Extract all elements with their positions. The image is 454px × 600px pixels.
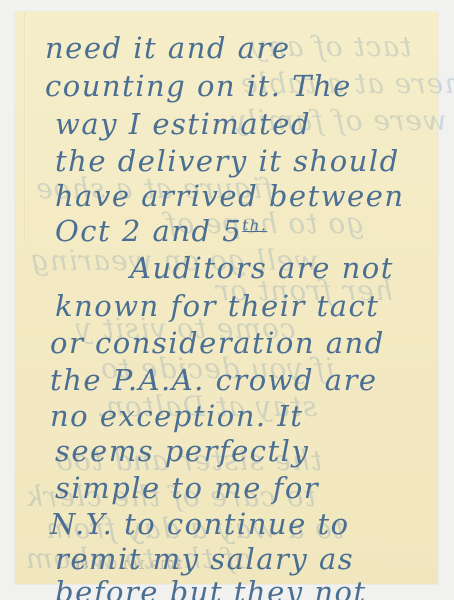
- text-line: or consideration and: [50, 329, 385, 358]
- text-line: way I estimated: [55, 110, 311, 139]
- text-line: simple to me for: [55, 474, 319, 503]
- letter-page: tact of any there at a table were of fam…: [15, 12, 438, 584]
- text-line: before but they not: [55, 578, 367, 600]
- text-line: the delivery it should: [55, 147, 400, 176]
- accession-number: 2019.161.0.118b: [72, 558, 183, 572]
- text-line: N.Y. to continue to: [50, 510, 350, 539]
- date-text: Oct 2 and 5: [55, 214, 242, 248]
- text-line: Auditors are not: [130, 254, 394, 283]
- text-line: counting on it. The: [45, 72, 352, 101]
- text-line: need it and are: [45, 34, 291, 63]
- text-line: no exception. It: [50, 402, 303, 431]
- handwritten-text: need it and are counting on it. The way …: [15, 12, 438, 584]
- text-line: have arrived between: [55, 182, 405, 211]
- ordinal-suffix: th.: [242, 216, 267, 234]
- text-line: Oct 2 and 5th.: [55, 217, 267, 246]
- text-line: seems perfectly: [55, 437, 309, 466]
- text-line: known for their tact: [55, 292, 379, 321]
- text-line: the P.A.A. crowd are: [50, 366, 378, 395]
